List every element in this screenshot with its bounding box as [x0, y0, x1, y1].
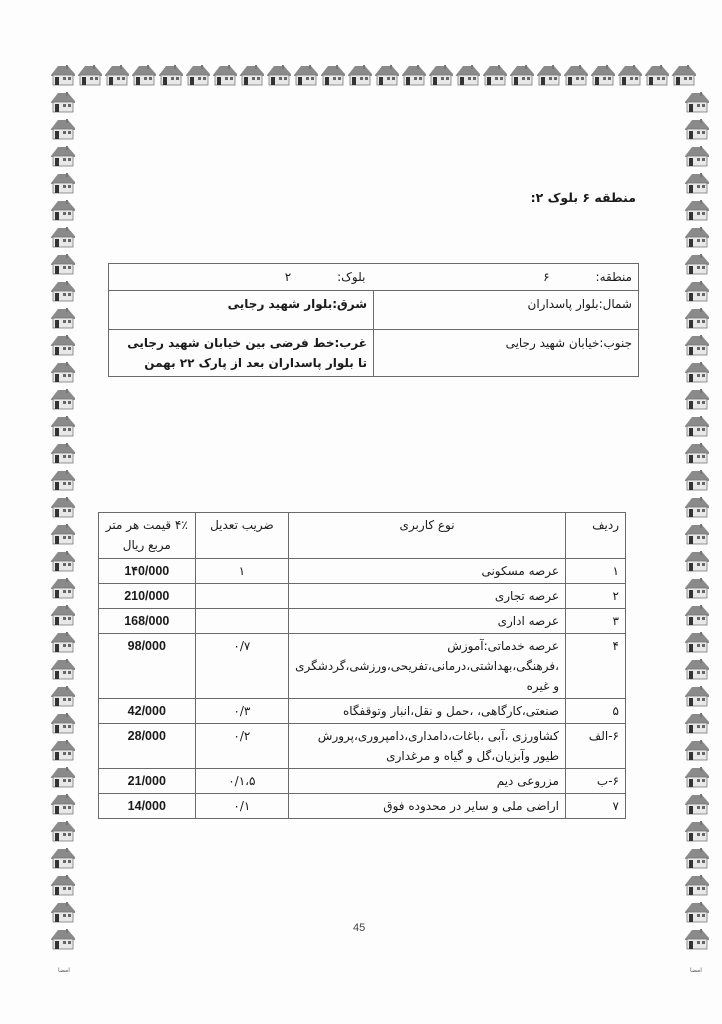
region-label: منطقه:	[596, 270, 632, 284]
row-number: ۲	[566, 584, 626, 609]
section-heading: منطقه ۶ بلوک ۲:	[531, 190, 636, 205]
house-icon	[50, 683, 76, 710]
house-icon	[684, 899, 710, 926]
house-icon	[684, 683, 710, 710]
house-icon	[684, 494, 710, 521]
house-icon	[320, 62, 346, 89]
house-icon	[50, 602, 76, 629]
table-row: ۲عرصه تجاری210/000	[99, 584, 626, 609]
house-icon	[401, 62, 427, 89]
house-icon	[50, 305, 76, 332]
house-icon	[684, 548, 710, 575]
house-icon	[266, 62, 292, 89]
house-icon	[684, 764, 710, 791]
house-icon	[50, 899, 76, 926]
house-icon	[644, 62, 670, 89]
house-icon	[50, 521, 76, 548]
house-icon	[77, 62, 103, 89]
house-icon	[50, 170, 76, 197]
house-icon	[428, 62, 454, 89]
usage-type: مزروعی دیم	[289, 769, 566, 794]
house-icon	[50, 332, 76, 359]
house-icon	[684, 224, 710, 251]
house-icon	[50, 251, 76, 278]
house-icon	[104, 62, 130, 89]
house-icon	[563, 62, 589, 89]
house-icon	[684, 818, 710, 845]
table-row: ۵صنعتی،کارگاهی، ،حمل و نقل،انبار وتوقفگا…	[99, 699, 626, 724]
west-boundary: غرب:خط فرضی بین خیابان شهید رجایی تا بلو…	[109, 330, 374, 377]
house-icon	[671, 62, 697, 89]
region-block-row: منطقه:۶ بلوک:۲	[109, 264, 639, 291]
house-icon	[684, 845, 710, 872]
house-icon	[158, 62, 184, 89]
house-icon	[684, 872, 710, 899]
document-page: امضا امضا منطقه ۶ بلوک ۲: منطقه:۶ بلوک:۲…	[0, 0, 722, 1024]
house-icon	[50, 845, 76, 872]
house-icon	[684, 413, 710, 440]
house-icon	[684, 116, 710, 143]
price-value: 1۴0/000	[99, 559, 196, 584]
house-icon	[50, 926, 76, 953]
house-icon	[50, 467, 76, 494]
row-number: ۶-ب	[566, 769, 626, 794]
house-icon	[347, 62, 373, 89]
price-value: 14/000	[99, 794, 196, 819]
price-value: 98/000	[99, 634, 196, 699]
price-value: 168/000	[99, 609, 196, 634]
decorative-border-right	[684, 89, 710, 953]
house-icon	[684, 602, 710, 629]
house-icon	[590, 62, 616, 89]
house-icon	[374, 62, 400, 89]
house-icon	[50, 710, 76, 737]
house-icon	[50, 629, 76, 656]
page-number: 45	[353, 922, 365, 934]
house-icon	[50, 89, 76, 116]
adjust-coef: ۰/۳	[195, 699, 289, 724]
block-label: بلوک:	[337, 270, 365, 284]
house-icon	[293, 62, 319, 89]
house-icon	[684, 305, 710, 332]
land-price-table: ردیف نوع کاربری ضریب تعدیل ۴٪ قیمت هر مت…	[98, 512, 626, 819]
row-number: ۳	[566, 609, 626, 634]
house-icon	[684, 521, 710, 548]
table-row: ۷اراضی ملی و سایر در محدوده فوق۰/۱14/000	[99, 794, 626, 819]
house-icon	[455, 62, 481, 89]
house-icon	[482, 62, 508, 89]
house-icon	[185, 62, 211, 89]
block-boundaries-table: منطقه:۶ بلوک:۲ شمال:بلوار پاسداران شرق:ب…	[108, 263, 639, 377]
house-icon	[212, 62, 238, 89]
house-icon	[50, 116, 76, 143]
row-number: ۱	[566, 559, 626, 584]
house-icon	[131, 62, 157, 89]
price-value: 210/000	[99, 584, 196, 609]
house-icon	[684, 710, 710, 737]
block-value: ۲	[285, 270, 291, 284]
adjust-coef: ۰/۱	[195, 794, 289, 819]
signature-mark-left: امضا	[58, 967, 70, 974]
house-icon	[50, 359, 76, 386]
house-icon	[684, 656, 710, 683]
house-icon	[509, 62, 535, 89]
house-icon	[684, 170, 710, 197]
table-row: ۴عرصه خدماتی:آموزش ،فرهنگی،بهداشتی،درمان…	[99, 634, 626, 699]
house-icon	[684, 737, 710, 764]
house-icon	[684, 386, 710, 413]
house-icon	[684, 575, 710, 602]
east-boundary: شرق:بلوار شهید رجایی	[109, 291, 374, 330]
house-icon	[617, 62, 643, 89]
house-icon	[50, 197, 76, 224]
house-icon	[684, 278, 710, 305]
adjust-coef: ۰/۱،۵	[195, 769, 289, 794]
house-icon	[50, 494, 76, 521]
table-row: ۶-بمزروعی دیم۰/۱،۵21/000	[99, 769, 626, 794]
house-icon	[684, 251, 710, 278]
house-icon	[50, 413, 76, 440]
north-boundary: شمال:بلوار پاسداران	[374, 291, 639, 330]
decorative-border-left	[50, 89, 76, 953]
house-icon	[50, 224, 76, 251]
price-value: 42/000	[99, 699, 196, 724]
price-value: 21/000	[99, 769, 196, 794]
signature-mark-right: امضا	[690, 967, 702, 974]
house-icon	[50, 764, 76, 791]
house-icon	[50, 143, 76, 170]
house-icon	[50, 656, 76, 683]
adjust-coef: ۰/۷	[195, 634, 289, 699]
house-icon	[239, 62, 265, 89]
house-icon	[50, 440, 76, 467]
adjust-coef: ۱	[195, 559, 289, 584]
header-usage-type: نوع کاربری	[289, 513, 566, 559]
table-row: ۶-الفکشاورزی ،آبی ،باغات،دامداری،دامپرور…	[99, 724, 626, 769]
row-number: ۶-الف	[566, 724, 626, 769]
house-icon	[684, 926, 710, 953]
price-value: 28/000	[99, 724, 196, 769]
house-icon	[50, 737, 76, 764]
header-price: ۴٪ قیمت هر متر مربع ریال	[99, 513, 196, 559]
house-icon	[50, 575, 76, 602]
header-adjust-coef: ضریب تعدیل	[195, 513, 289, 559]
south-boundary: جنوب:خیابان شهید رجایی	[374, 330, 639, 377]
house-icon	[536, 62, 562, 89]
house-icon	[50, 278, 76, 305]
table-row: ۱عرصه مسکونی۱1۴0/000	[99, 559, 626, 584]
table-row: ۳عرصه اداری168/000	[99, 609, 626, 634]
usage-type: عرصه خدماتی:آموزش ،فرهنگی،بهداشتی،درمانی…	[289, 634, 566, 699]
house-icon	[684, 197, 710, 224]
row-number: ۷	[566, 794, 626, 819]
usage-type: صنعتی،کارگاهی، ،حمل و نقل،انبار وتوقفگاه	[289, 699, 566, 724]
adjust-coef	[195, 584, 289, 609]
row-number: ۴	[566, 634, 626, 699]
house-icon	[684, 791, 710, 818]
house-icon	[50, 62, 76, 89]
region-value: ۶	[543, 270, 549, 284]
house-icon	[50, 872, 76, 899]
house-icon	[684, 467, 710, 494]
house-icon	[50, 818, 76, 845]
usage-type: عرصه اداری	[289, 609, 566, 634]
usage-type: عرصه مسکونی	[289, 559, 566, 584]
header-row-number: ردیف	[566, 513, 626, 559]
house-icon	[684, 359, 710, 386]
house-icon	[50, 386, 76, 413]
house-icon	[50, 791, 76, 818]
house-icon	[684, 89, 710, 116]
house-icon	[684, 629, 710, 656]
house-icon	[50, 548, 76, 575]
house-icon	[684, 143, 710, 170]
usage-type: اراضی ملی و سایر در محدوده فوق	[289, 794, 566, 819]
usage-type: کشاورزی ،آبی ،باغات،دامداری،دامپروری،پرو…	[289, 724, 566, 769]
adjust-coef: ۰/۲	[195, 724, 289, 769]
row-number: ۵	[566, 699, 626, 724]
adjust-coef	[195, 609, 289, 634]
decorative-border-top	[50, 62, 705, 89]
usage-type: عرصه تجاری	[289, 584, 566, 609]
house-icon	[684, 440, 710, 467]
house-icon	[684, 332, 710, 359]
